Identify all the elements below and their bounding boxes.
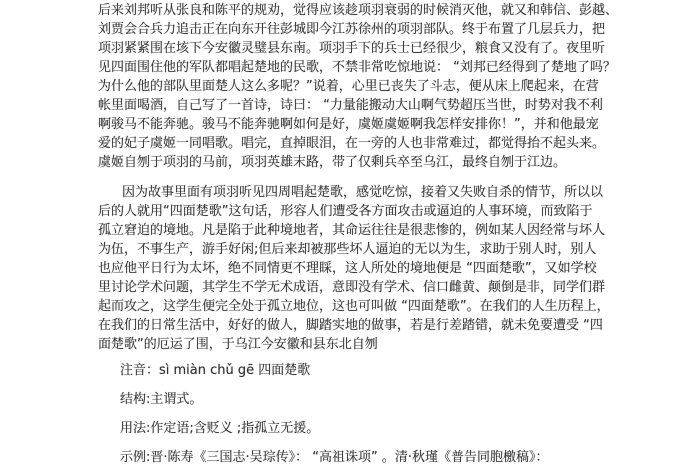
text-line: 啊骏马不能奔驰。骏马不能奔驰啊如何是好，虞姬虞姬啊我怎样安排你！”，并和他最宠 [98, 115, 622, 134]
story-paragraph-2: 因为故事里面有项羽听见四周唱起楚歌，感觉吃惊，接着又失败自杀的情节，所以以 后的… [98, 183, 622, 354]
text-line: 为什么他的部队里面楚人这么多呢？”说着，心里已丧失了斗志，便从床上爬起来，在营 [98, 77, 622, 96]
text-line: 后的人就用“四面楚歌”这句话，形容人们遭受各方面攻击或逼迫的人事环境，而致陷于 [98, 202, 622, 221]
idiom-info-list: 注音：sì miàn chǔ gē 四面楚歌 结构:主谓式。 用法:作定语;含贬… [98, 361, 622, 467]
text-line: 里讨论学术问题，其学生不学无术成语，意即没有学术、信口雌黄、颠倒是非，同学们群 [98, 278, 622, 297]
entry-example: 示例:晋·陈寿《三国志·吴琮传》： “高祖诛项” 。清·秋瑾《普告同胞檄稿》： [98, 448, 622, 467]
text-line: 见四面围住他的军队都唱起楚地的民歌，不禁非常吃惊地说： “刘邦已经得到了楚地了吗… [98, 58, 622, 77]
text-line: 面楚歌”的厄运了围，于乌江今安徽和县东北自刎 [98, 335, 622, 354]
entry-usage: 用法:作定语;含贬义 ;指孤立无援。 [98, 419, 622, 438]
idiom-article: 后来刘邦听从张良和陈平的规劝，觉得应该趁项羽衰弱的时候消灭他，就又和韩信、彭越、… [98, 1, 622, 467]
text-line: 起而攻之，这学生便完全处于孤立地位，这也可叫做 “四面楚歌”。在我们的人生历程上… [98, 297, 622, 316]
story-paragraph-1: 后来刘邦听从张良和陈平的规劝，觉得应该趁项羽衰弱的时候消灭他，就又和韩信、彭越、… [98, 1, 622, 172]
text-line: 虞姬自刎于项羽的马前，项羽英雄末路，带了仅剩兵卒至乌江，最终自刎于江边。 [98, 153, 622, 172]
document-page: { "document": { "language": "zh-CN", "to… [0, 0, 700, 470]
text-line: 因为故事里面有项羽听见四周唱起楚歌，感觉吃惊，接着又失败自杀的情节，所以以 [98, 183, 622, 202]
text-line: 刘贾会合兵力追击正在向东开往彭城即今江苏徐州的项羽部队。终于布置了几层兵力，把 [98, 20, 622, 39]
text-line: 为伍，不事生产，游手好闲;但后来却被那些坏人逼迫的无以为生，求助于别人时，别人 [98, 240, 622, 259]
entry-structure: 结构:主谓式。 [98, 390, 622, 409]
text-line: 也应他平日行为太坏，绝不同情更不理睬，这人所处的境地便是 “四面楚歌”，又如学校 [98, 259, 622, 278]
text-line: 项羽紧紧围在垓下今安徽灵璧县东南。项羽手下的兵士已经很少，粮食又没有了。夜里听 [98, 39, 622, 58]
text-line: 孤立窘迫的境地。凡是陷于此种境地者，其命运往往是很悲惨的，例如某人因经常与坏人 [98, 221, 622, 240]
entry-zhuyin: 注音：sì miàn chǔ gē 四面楚歌 [98, 361, 622, 380]
text-line: 爱的妃子虞姬一同唱歌。唱完，直掉眼泪，在一旁的人也非常难过，都觉得抬不起头来。 [98, 134, 622, 153]
text-line: 后来刘邦听从张良和陈平的规劝，觉得应该趁项羽衰弱的时候消灭他，就又和韩信、彭越、 [98, 1, 622, 20]
text-line: 帐里面喝酒，自己写了一首诗，诗曰： “力量能搬动大山啊气势超压当世，时势对我不利 [98, 96, 622, 115]
text-line: 在我们的日常生活中，好好的做人，脚踏实地的做事，若是行差踏错，就未免要遭受 “四 [98, 316, 622, 335]
